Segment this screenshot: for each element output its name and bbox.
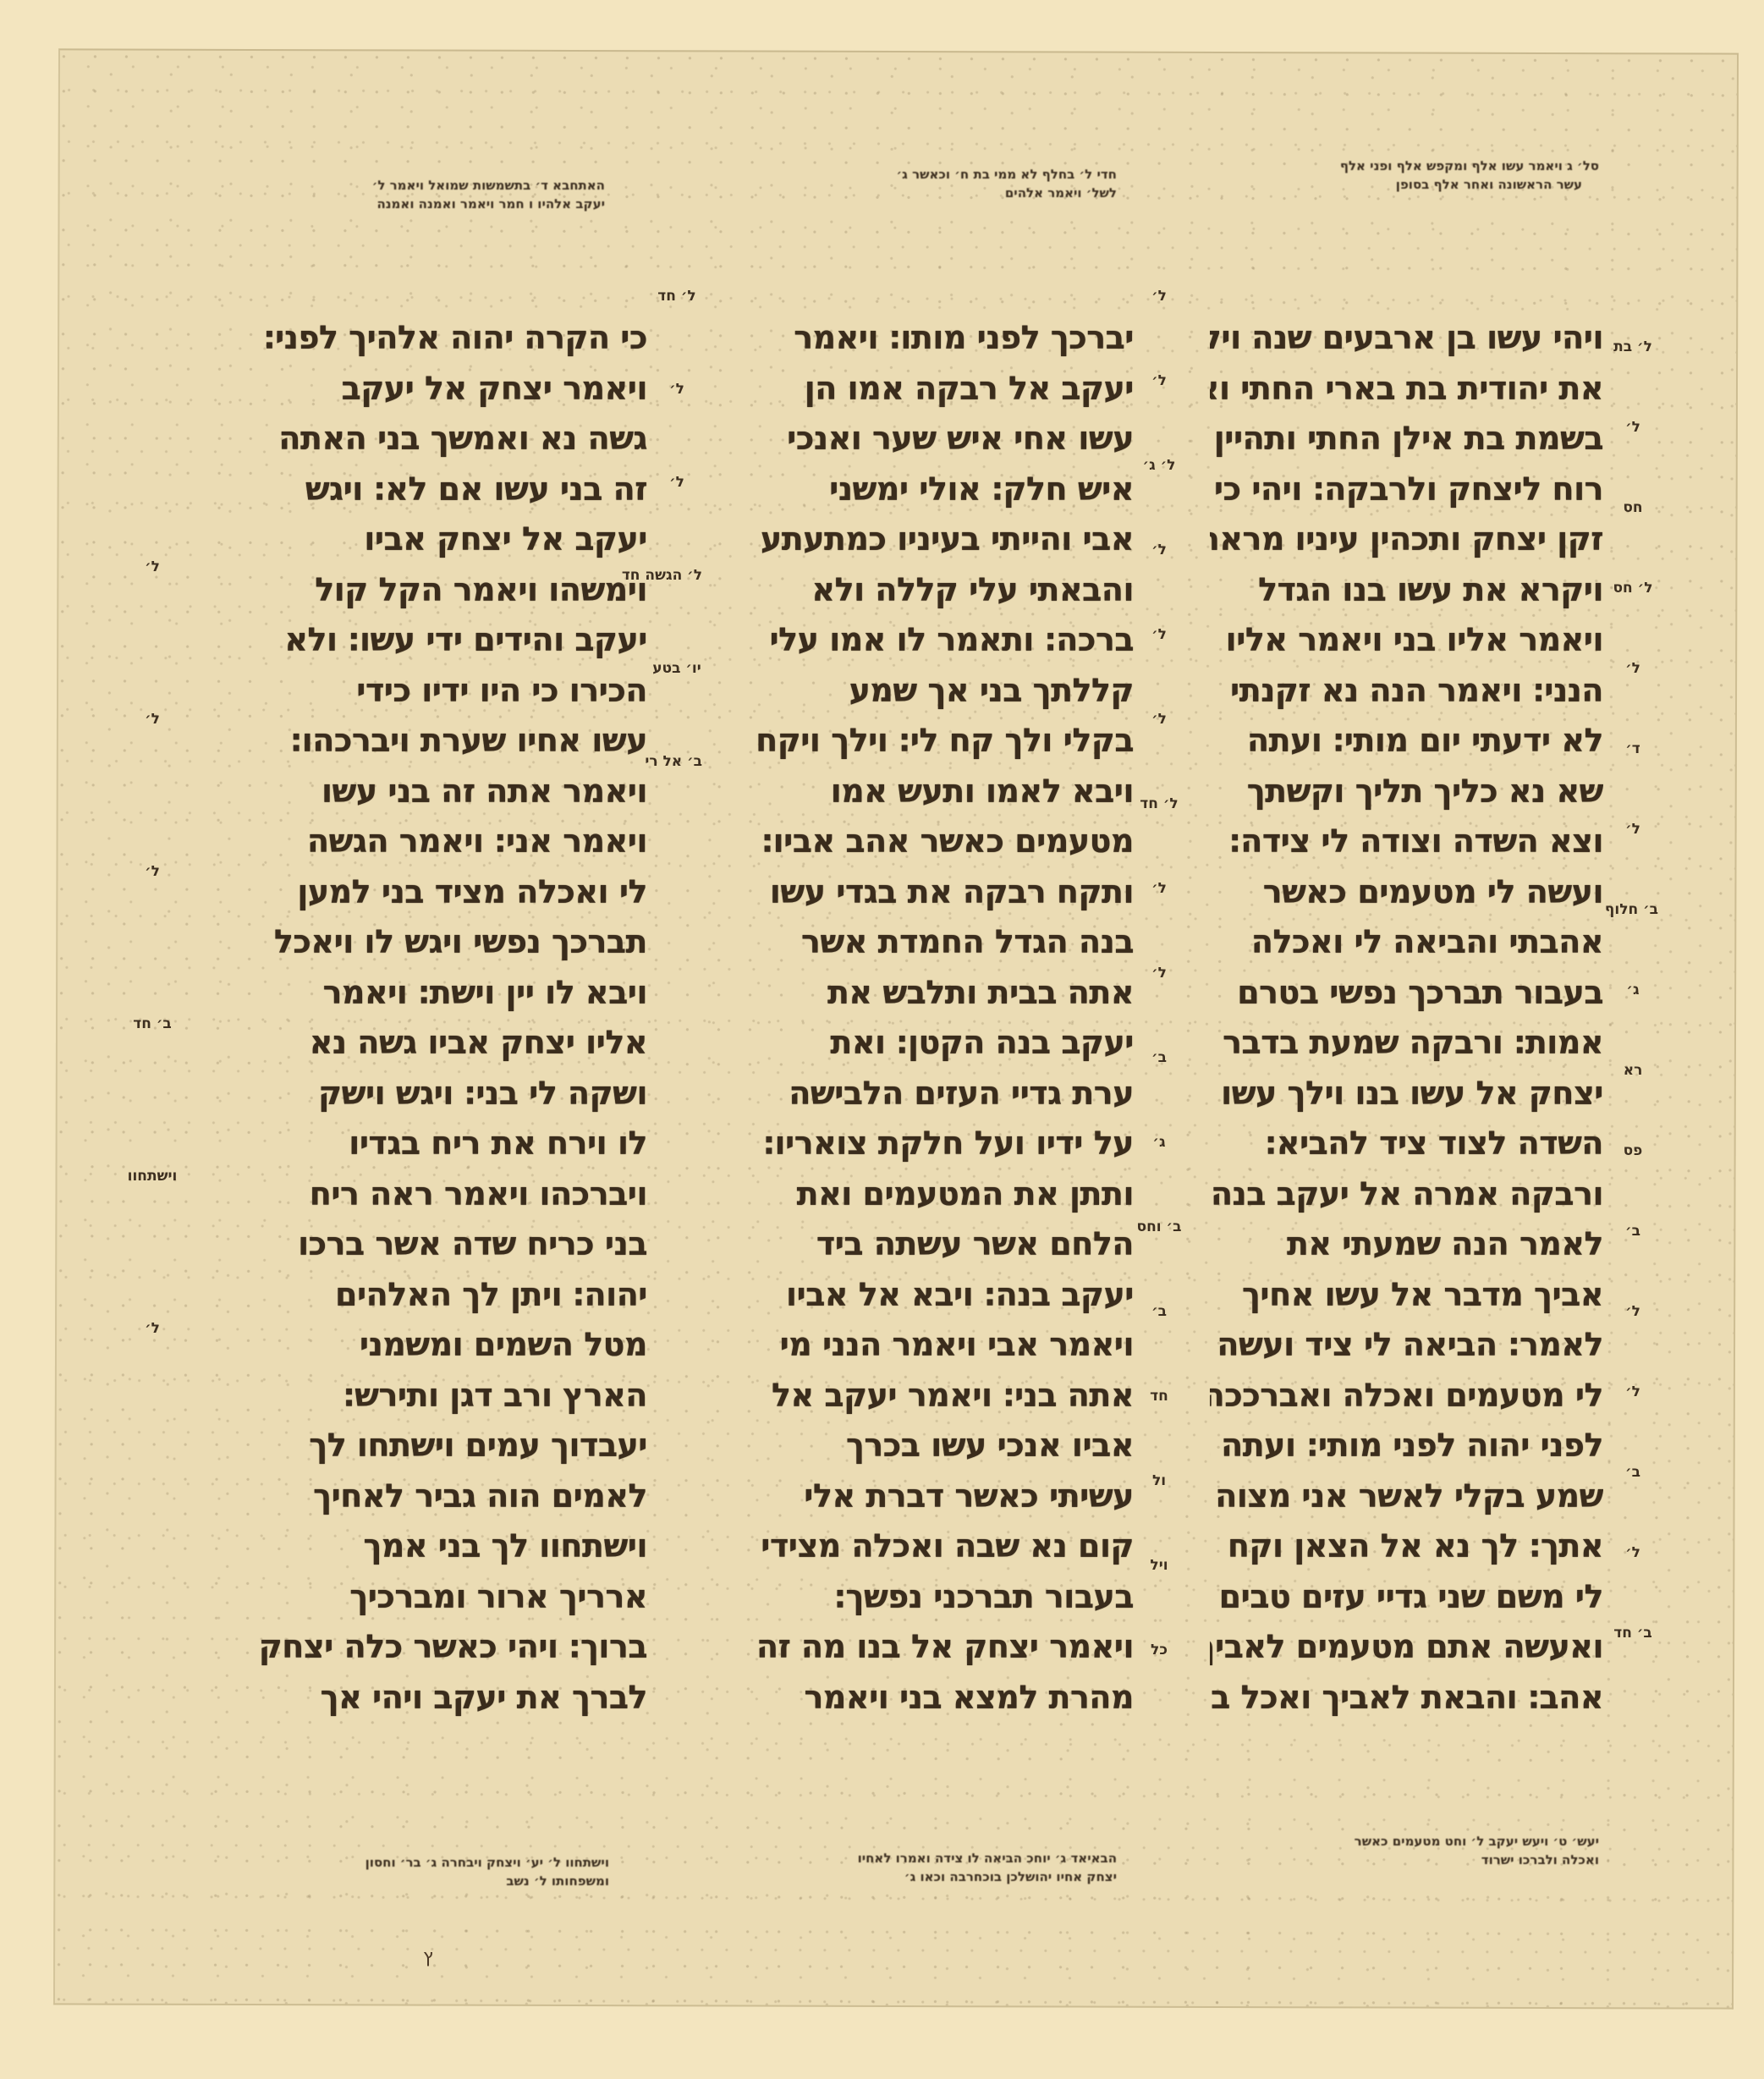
text-line: מטל השמים ומשמני [245, 1320, 647, 1371]
text-line: בנה הגדל החמדת אשר [728, 917, 1134, 968]
text-line: ויברכהו ויאמר ראה ריח [245, 1169, 647, 1220]
text-line: ורבקה אמרה אל יעקב בנה [1210, 1169, 1603, 1220]
text-line: בעבור תברכני נפשך׃ [728, 1572, 1134, 1623]
text-line: רוח ליצחק ולרבקה׃ ויהי כי [1210, 465, 1603, 515]
masora-margin-note: ל׳ [127, 558, 178, 575]
text-line: ותקח רבקה את בגדי עשו [728, 867, 1134, 918]
text-line: והבאתי עלי קללה ולא [728, 565, 1134, 616]
text-line: מהרת למצא בני ויאמר [728, 1673, 1134, 1724]
masora-margin-note: ל׳ [127, 1320, 178, 1337]
masora-line: יצחק אחיו יהושלכן בוכחרבה וכאו ג׳ [694, 1867, 1117, 1886]
masora-bottom-right: יעש׳ ט׳ ויעש יעקב ל׳ וחט מטעמים כאשר ואכ… [1210, 1832, 1599, 1869]
text-line: זה בני עשו אם לא׃ ויגש [245, 465, 647, 515]
masora-margin-note: ב׳ חד [1607, 1625, 1658, 1642]
text-column-right: ויהי עשו בן ארבעים שנה ויקח אשהאת יהודית… [1210, 313, 1603, 1723]
masora-margin-note: ל׳ [1134, 626, 1184, 643]
text-line: עשיתי כאשר דברת אלי [728, 1471, 1134, 1522]
text-line: לא ידעתי יום מותי׃ ועתה [1210, 716, 1603, 767]
masora-line: וישתחוו ל׳ יע׳ ויצחק ויבחרה ג׳ בר׳ וחסון [237, 1853, 609, 1872]
masora-margin-note: ל׳ [127, 711, 178, 728]
text-line: אתה בני׃ ויאמר יעקב אל [728, 1371, 1134, 1422]
text-line: אתך׃ לך נא אל הצאן וקח [1210, 1521, 1603, 1572]
masora-margin-note: ל׳ [1607, 821, 1658, 838]
masora-margin-note: חס [1607, 499, 1658, 516]
masora-margin-note: יו׳ בטע [651, 660, 702, 677]
masora-top-left: האתחבא ד׳ בתשמשות שמואל ויאמר ל׳ יעקב אל… [250, 176, 605, 213]
text-line: אביך מדבר אל עשו אחיך [1210, 1270, 1603, 1321]
margin-notes-left: ל׳ חדל׳ל׳ל׳ הגשה חדיו׳ בטעב׳ אל רי [651, 288, 702, 1726]
masora-margin-note: ל׳ [1607, 1544, 1658, 1561]
text-line: ויבא לו יין וישת׃ ויאמר [245, 968, 647, 1019]
text-line: יעקב בנה׃ ויבא אל אביו [728, 1270, 1134, 1321]
masora-line: יעש׳ ט׳ ויעש יעקב ל׳ וחט מטעמים כאשר [1210, 1832, 1599, 1851]
masora-line: ומשפחותו ל׳ נשב [237, 1872, 609, 1890]
text-line: בעבור תברכך נפשי בטרם [1210, 968, 1603, 1019]
masora-margin-note: ל׳ [1134, 711, 1184, 728]
masora-margin-note: ל׳ [1134, 542, 1184, 558]
text-line: הלחם אשר עשתה ביד [728, 1219, 1134, 1270]
masora-line: סל׳ ג ויאמר עשו אלף ומקפש אלף ופני אלף [1210, 157, 1599, 175]
text-line: את יהודית בת בארי החתי ואת [1210, 364, 1603, 415]
text-line: לאמים הוה גביר לאחיך [245, 1471, 647, 1522]
text-line: כי הקרה יהוה אלהיך לפני׃ [245, 313, 647, 364]
masora-line: ואכלה ולברכו ישרוד [1210, 1851, 1599, 1869]
text-line: אבי והייתי בעיניו כמתעתע [728, 514, 1134, 565]
margin-notes-left-outer: ל׳ל׳ל׳ב׳ חדוישתחוול׳ [127, 558, 195, 1489]
masora-margin-note: ול [1134, 1472, 1184, 1489]
text-line: יעבדוך עמים וישתחו לך [245, 1421, 647, 1471]
text-column-middle: יברכך לפני מותו׃ ויאמריעקב אל רבקה אמו ה… [728, 313, 1134, 1723]
text-line: ועשה לי מטעמים כאשר [1210, 867, 1603, 918]
quire-mark: ץ [423, 1946, 433, 1967]
masora-margin-note: ב׳ חלוף [1607, 901, 1658, 918]
masora-margin-note: ל׳ [651, 381, 702, 398]
text-line: בשמת בת אילן החתי ותהיין מרת [1210, 414, 1603, 465]
masora-margin-note: ל׳ [1607, 660, 1658, 677]
margin-notes-right: ל׳ בתל׳חסל׳ חסל׳ד׳ל׳ב׳ חלוףג׳ראפסב׳ל׳ל׳ב… [1607, 338, 1658, 1692]
masora-margin-note: ב׳ [1134, 1303, 1184, 1320]
masora-margin-note: חד [1134, 1388, 1184, 1405]
masora-margin-note: ד׳ [1607, 740, 1658, 757]
text-line: יברכך לפני מותו׃ ויאמר [728, 313, 1134, 364]
text-line: בני כריח שדה אשר ברכו [245, 1219, 647, 1270]
text-line: ברכה׃ ותאמר לו אמו עלי [728, 615, 1134, 666]
text-line: ויאמר אליו בני ויאמר אליו [1210, 615, 1603, 666]
text-line: וצא השדה וצודה לי צידה׃ [1210, 817, 1603, 867]
text-line: בקלי ולך קח לי׃ וילך ויקח [728, 716, 1134, 767]
masora-margin-note: ב׳ חד [127, 1015, 178, 1032]
masora-margin-note: ל׳ [1607, 419, 1658, 436]
text-line: אהב׃ והבאת לאביך ואכל בעבר אשר [1210, 1673, 1603, 1724]
text-line: וימשהו ויאמר הקל קול [245, 565, 647, 616]
text-line: יעקב והידים ידי עשו׃ ולא [245, 615, 647, 666]
masora-top-middle: חדי ל׳ בחלף לא ממי בת ח׳ וכאשר ג׳ לשל׳ ו… [745, 165, 1117, 202]
masora-line: חדי ל׳ בחלף לא ממי בת ח׳ וכאשר ג׳ [745, 165, 1117, 184]
text-line: לי ואכלה מציד בני למען [245, 867, 647, 918]
text-line: שמע בקלי לאשר אני מצוה [1210, 1471, 1603, 1522]
text-line: יהוה׃ ויתן לך האלהים [245, 1270, 647, 1321]
text-line: זקן יצחק ותכהין עיניו מראת [1210, 514, 1603, 565]
masora-margin-note: וישתחוו [127, 1168, 178, 1185]
text-line: הכירו כי היו ידיו כידי [245, 666, 647, 717]
masora-margin-note: ל׳ בת [1607, 338, 1658, 355]
text-line: אמות׃ ורבקה שמעת בדבר [1210, 1018, 1603, 1069]
text-line: ויבא לאמו ותעש אמו [728, 767, 1134, 817]
text-line: לאמר׃ הביאה לי ציד ועשה [1210, 1320, 1603, 1371]
text-line: לי משם שני גדיי עזים טבים [1210, 1572, 1603, 1623]
text-line: יצחק אל עשו בנו וילך עשו [1210, 1069, 1603, 1119]
masora-margin-note: ל׳ [1607, 1383, 1658, 1400]
text-line: ויאמר אני׃ ויאמר הגשה [245, 817, 647, 867]
text-line: לברך את יעקב ויהי אך [245, 1673, 647, 1724]
masora-margin-note: ל׳ [127, 863, 178, 880]
text-line: לפני יהוה לפני מותי׃ ועתה בני [1210, 1421, 1603, 1471]
text-line: קום נא שבה ואכלה מצידי [728, 1521, 1134, 1572]
masora-margin-note: ב׳ [1607, 1223, 1658, 1240]
text-line: אתה בבית ותלבש את [728, 968, 1134, 1019]
text-line: הארץ ורב דגן ותירש׃ [245, 1371, 647, 1422]
masora-line: לשל׳ ויאמר אלהים [745, 184, 1117, 202]
text-line: ויאמר אתה זה בני עשו [245, 767, 647, 817]
masora-margin-note: ב׳ [1134, 1049, 1184, 1066]
text-line: מטעמים כאשר אהב אביו׃ [728, 817, 1134, 867]
text-line: ויהי עשו בן ארבעים שנה ויקח אשה [1210, 313, 1603, 364]
text-line: עשו אחי איש שער ואנכי [728, 414, 1134, 465]
masora-margin-note: ל׳ [1607, 1303, 1658, 1320]
masora-margin-note: כל [1134, 1642, 1184, 1658]
text-line: יעקב אל יצחק אביו [245, 514, 647, 565]
text-line: ושקה לי בני׃ ויגש וישק [245, 1069, 647, 1119]
text-line: אהבתי והביאה לי ואכלה [1210, 917, 1603, 968]
text-line: לי מטעמים ואכלה ואברככה [1210, 1371, 1603, 1422]
text-column-left: כי הקרה יהוה אלהיך לפני׃ויאמר יצחק אל יע… [245, 313, 647, 1723]
masora-bottom-middle: הבאיאד ג׳ יוחכ הביאה לו צידה ואמרו לאחיו… [694, 1849, 1117, 1886]
masora-margin-note: רא [1607, 1062, 1658, 1079]
masora-margin-note: ל׳ חד [651, 288, 702, 305]
masora-margin-note: פס [1607, 1142, 1658, 1159]
masora-margin-note: ל׳ [1134, 372, 1184, 389]
text-line: אליו יצחק אביו גשה נא [245, 1018, 647, 1069]
masora-margin-note: ויל [1134, 1557, 1184, 1574]
masora-margin-note: ל׳ [1134, 965, 1184, 982]
masora-margin-note: ל׳ [1134, 880, 1184, 897]
text-line: לאמר הנה שמעתי את [1210, 1219, 1603, 1270]
masora-margin-note: ל׳ [1134, 288, 1184, 305]
text-line: יעקב אל רבקה אמו הן [728, 364, 1134, 415]
text-line: איש חלק׃ אולי ימשני [728, 465, 1134, 515]
masora-line: עשר הראשונה ואחר אלף בסופן [1210, 175, 1582, 194]
text-line: ויקרא את עשו בנו הגדל [1210, 565, 1603, 616]
text-line: ערת גדיי העזים הלבישה [728, 1069, 1134, 1119]
masora-top-right: סל׳ ג ויאמר עשו אלף ומקפש אלף ופני אלף ע… [1210, 157, 1599, 194]
text-line: ברוך׃ ויהי כאשר כלה יצחק [245, 1622, 647, 1673]
text-line: ויאמר אבי ויאמר הנני מי [728, 1320, 1134, 1371]
text-line: ואעשה אתם מטעמים לאביך כאשר [1210, 1622, 1603, 1673]
margin-notes-middle: ל׳ל׳ל׳ ג׳ל׳ל׳ל׳ל׳ חדל׳ל׳ב׳ג׳ב׳ וחסב׳חדול… [1134, 288, 1184, 1726]
text-line: עשו אחיו שערת ויברכהו׃ [245, 716, 647, 767]
masora-margin-note: ל׳ חס [1607, 580, 1658, 597]
text-line: קללתך בני אך שמע [728, 666, 1134, 717]
masora-margin-note: ל׳ ג׳ [1134, 457, 1184, 474]
masora-margin-note: ג׳ [1134, 1134, 1184, 1151]
text-line: הנני׃ ויאמר הנה נא זקנתי [1210, 666, 1603, 717]
text-line: ארריך ארור ומברכיך [245, 1572, 647, 1623]
text-line: על ידיו ועל חלקת צואריו׃ [728, 1119, 1134, 1169]
text-line: אביו אנכי עשו בכרך [728, 1421, 1134, 1471]
text-line: יעקב בנה הקטן׃ ואת [728, 1018, 1134, 1069]
text-line: גשה נא ואמשך בני האתה [245, 414, 647, 465]
masora-line: הבאיאד ג׳ יוחכ הביאה לו צידה ואמרו לאחיו [694, 1849, 1117, 1867]
masora-margin-note: ג׳ [1607, 982, 1658, 998]
text-line: וישתחוו לך בני אמך [245, 1521, 647, 1572]
text-line: שא נא כליך תליך וקשתך [1210, 767, 1603, 817]
text-line: תברכך נפשי ויגש לו ויאכל [245, 917, 647, 968]
masora-margin-note: ב׳ [1607, 1464, 1658, 1481]
masora-margin-note: ל׳ [651, 474, 702, 491]
masora-bottom-left: וישתחוו ל׳ יע׳ ויצחק ויבחרה ג׳ בר׳ וחסון… [237, 1853, 609, 1890]
masora-line: האתחבא ד׳ בתשמשות שמואל ויאמר ל׳ [250, 176, 605, 195]
text-line: לו וירח את ריח בגדיו [245, 1119, 647, 1169]
text-line: השדה לצוד ציד להביא׃ [1210, 1119, 1603, 1169]
masora-margin-note: ל׳ הגשה חד [651, 567, 702, 584]
text-line: ויאמר יצחק אל בנו מה זה [728, 1622, 1134, 1673]
text-line: ויאמר יצחק אל יעקב [245, 364, 647, 415]
masora-margin-note: ב׳ וחס [1134, 1218, 1184, 1235]
masora-margin-note: ב׳ אל רי [651, 753, 702, 770]
text-line: ותתן את המטעמים ואת [728, 1169, 1134, 1220]
masora-margin-note: ל׳ חד [1134, 795, 1184, 812]
masora-line: יעקב אלהיו ו חמר ויאמר ואמנה ואמנה [250, 195, 605, 213]
